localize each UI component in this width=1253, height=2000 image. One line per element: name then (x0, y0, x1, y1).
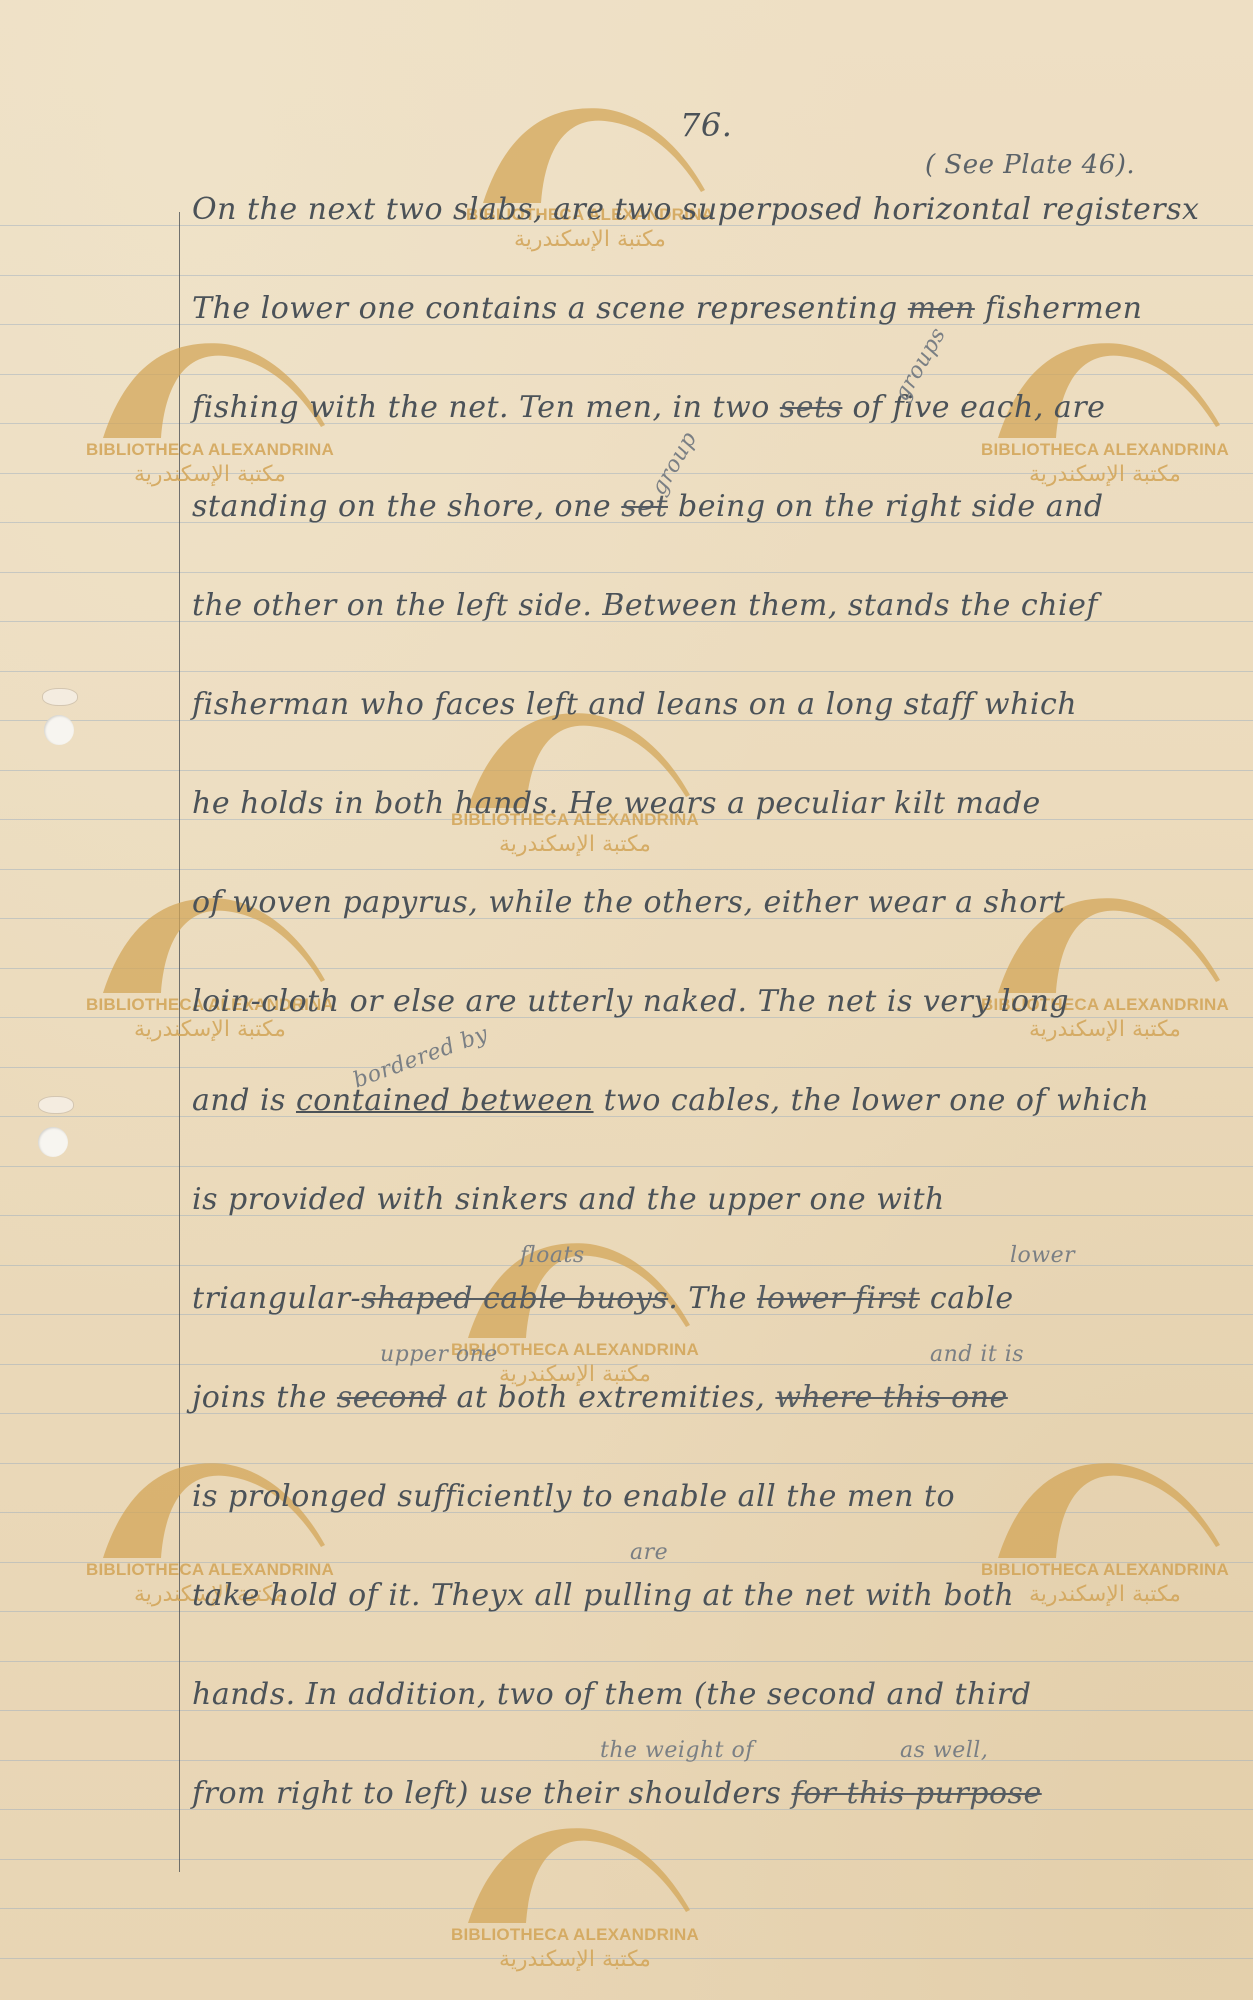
line-text: two cables, the lower one of which (594, 1083, 1150, 1118)
line-text: take hold of it. They (192, 1578, 507, 1613)
ruled-line (0, 1364, 1253, 1365)
line-text: the other on the left side. Between them… (192, 588, 1098, 623)
line-text: is prolonged sufficiently to enable all … (192, 1479, 955, 1514)
ruled-line (0, 1908, 1253, 1909)
struck-text: sets (780, 390, 843, 425)
margin-line (179, 212, 180, 1872)
plate-reference: ( See Plate 46). (925, 150, 1135, 180)
watermark-arabic: مكتبة الإسكندرية (440, 227, 740, 252)
line-text: of woven papyrus, while the others, eith… (192, 885, 1065, 920)
watermark-latin: BIBLIOTHECA ALEXANDRINA (955, 440, 1253, 460)
line-text: loin-cloth or else are utterly naked. Th… (192, 984, 1069, 1019)
line-text: joins the (192, 1380, 337, 1415)
watermark-arabic: مكتبة الإسكندرية (955, 462, 1253, 487)
line-text: he holds in both hands. He wears a pecul… (192, 786, 1041, 821)
manuscript-line: the other on the left side. Between them… (192, 588, 1098, 623)
manuscript-line: hands. In addition, two of them (the sec… (192, 1677, 1031, 1712)
watermark-arabic: مكتبة الإسكندرية (425, 832, 725, 857)
line-text: at both extremities, (446, 1380, 775, 1415)
manuscript-line: triangular-shaped cable buoys. The lower… (192, 1281, 1014, 1316)
watermark-latin: BIBLIOTHECA ALEXANDRINA (60, 440, 360, 460)
manuscript-page: BIBLIOTHECA ALEXANDRINAمكتبة الإسكندريةB… (0, 0, 1253, 2000)
watermark-arabic: مكتبة الإسكندرية (955, 1017, 1253, 1042)
manuscript-line: he holds in both hands. He wears a pecul… (192, 786, 1041, 821)
line-text: fishermen (975, 291, 1143, 326)
interlinear-correction: are (630, 1540, 668, 1565)
line-text: x (1182, 192, 1199, 227)
line-text: triangular- (192, 1281, 361, 1316)
struck-text: second (337, 1380, 447, 1415)
library-watermark: BIBLIOTHECA ALEXANDRINAمكتبة الإسكندرية (425, 700, 725, 857)
watermark-latin: BIBLIOTHECA ALEXANDRINA (60, 1560, 360, 1580)
manuscript-line: fishing with the net. Ten men, in two se… (192, 390, 1105, 425)
manuscript-line: of woven papyrus, while the others, eith… (192, 885, 1065, 920)
ruled-line (0, 1661, 1253, 1662)
ruled-line (0, 473, 1253, 474)
torn-punch-hole (38, 1096, 74, 1114)
manuscript-line: The lower one contains a scene represent… (192, 291, 1142, 326)
ruled-line (0, 572, 1253, 573)
interlinear-correction: as well, (900, 1738, 988, 1763)
ruled-line (0, 275, 1253, 276)
watermark-arabic: مكتبة الإسكندرية (60, 1017, 360, 1042)
line-text: fishing with the net. Ten men, in two (192, 390, 780, 425)
manuscript-line: On the next two slabs, are two superpose… (192, 192, 1199, 227)
punch-hole (44, 715, 74, 745)
watermark-latin: BIBLIOTHECA ALEXANDRINA (425, 1925, 725, 1945)
interlinear-correction: floats (520, 1243, 585, 1268)
interlinear-correction: lower (1010, 1243, 1075, 1268)
line-text: On the next two slabs, are two superpose… (192, 192, 1182, 227)
ruled-line (0, 968, 1253, 969)
ruled-line (0, 1067, 1253, 1068)
ruled-line (0, 1562, 1253, 1563)
watermark-arabic: مكتبة الإسكندرية (60, 462, 360, 487)
line-text: all pulling at the net with both (525, 1578, 1015, 1613)
struck-text: men (908, 291, 975, 326)
manuscript-line: loin-cloth or else are utterly naked. Th… (192, 984, 1069, 1019)
line-text: from right to left) use (192, 1776, 543, 1811)
line-text: and is (192, 1083, 296, 1118)
line-text: . The (668, 1281, 757, 1316)
line-text: of five each, are (842, 390, 1105, 425)
line-text: their shoulders (543, 1776, 792, 1811)
manuscript-line: from right to left) use their shoulders … (192, 1776, 1042, 1811)
line-text: cable (920, 1281, 1014, 1316)
line-text: is provided with sinkers and the upper o… (192, 1182, 945, 1217)
library-watermark: BIBLIOTHECA ALEXANDRINAمكتبة الإسكندرية (425, 1815, 725, 1972)
line-text: hands. In addition, two of them (the sec… (192, 1677, 1031, 1712)
ruled-line (0, 1958, 1253, 1959)
struck-text: where this one (775, 1380, 1007, 1415)
interlinear-correction: and it is (930, 1342, 1024, 1367)
arch-logo-icon (465, 95, 715, 205)
manuscript-line: fisherman who faces left and leans on a … (192, 687, 1077, 722)
struck-text: lower first (757, 1281, 920, 1316)
watermark-latin: BIBLIOTHECA ALEXANDRINA (955, 1560, 1253, 1580)
manuscript-line: standing on the shore, one set being on … (192, 489, 1104, 524)
ruled-line (0, 374, 1253, 375)
punch-hole (38, 1127, 68, 1157)
ruled-line (0, 671, 1253, 672)
interlinear-correction: upper one (380, 1342, 498, 1367)
manuscript-line: is provided with sinkers and the upper o… (192, 1182, 945, 1217)
arch-logo-icon (980, 1450, 1230, 1560)
manuscript-line: joins the second at both extremities, wh… (192, 1380, 1008, 1415)
line-text: standing on the shore, one (192, 489, 621, 524)
ruled-line (0, 1166, 1253, 1167)
line-text: The lower one contains a scene represent… (192, 291, 908, 326)
ruled-line (0, 1859, 1253, 1860)
page-number: 76. (680, 106, 732, 144)
manuscript-line: is prolonged sufficiently to enable all … (192, 1479, 955, 1514)
ruled-line (0, 1463, 1253, 1464)
line-text: being on the right side and (668, 489, 1104, 524)
underlined-text: contained between (296, 1083, 594, 1118)
struck-text: for this purpose (791, 1776, 1041, 1811)
line-text: fisherman who faces left and leans on a … (192, 687, 1077, 722)
ruled-line (0, 869, 1253, 870)
manuscript-line: take hold of it. Theyx all pulling at th… (192, 1578, 1014, 1613)
torn-punch-hole (42, 688, 78, 706)
line-text: x (507, 1578, 524, 1613)
interlinear-correction: the weight of (600, 1738, 754, 1763)
watermark-arabic: مكتبة الإسكندرية (425, 1947, 725, 1972)
manuscript-line: and is contained between two cables, the… (192, 1083, 1149, 1118)
struck-text: shaped cable buoys (361, 1281, 668, 1316)
ruled-line (0, 770, 1253, 771)
